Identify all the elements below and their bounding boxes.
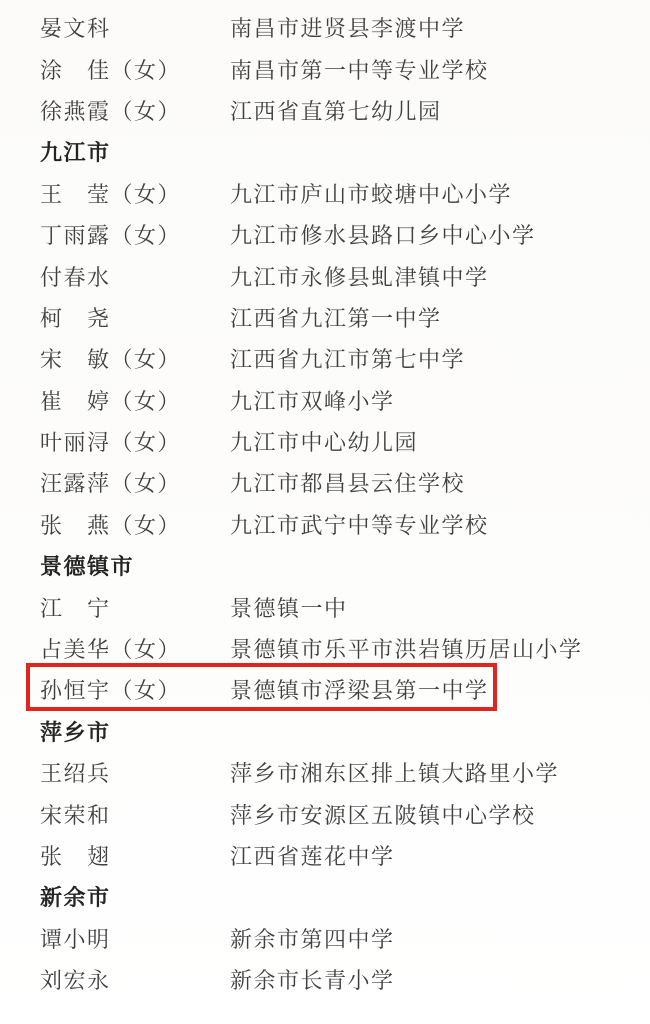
- school-name: 景德镇市浮梁县第一中学: [230, 674, 650, 705]
- school-name: 九江市永修县虬津镇中学: [230, 261, 650, 292]
- city-section-header: 景德镇市: [0, 545, 650, 586]
- table-row: 徐燕霞（女）江西省直第七幼儿园: [0, 90, 650, 131]
- table-row: 谭小明新余市第四中学: [0, 918, 650, 959]
- person-name: 张 燕（女）: [40, 509, 230, 540]
- school-name: 景德镇市乐平市洪岩镇历居山小学: [230, 633, 650, 664]
- school-name: 九江市庐山市蛟塘中心小学: [230, 178, 650, 209]
- school-name: 江西省直第七幼儿园: [230, 95, 650, 126]
- table-row: 汪露萍（女）九江市都昌县云住学校: [0, 462, 650, 503]
- table-row: 宋 敏（女）江西省九江市第七中学: [0, 338, 650, 379]
- person-name: 柯 尧: [40, 302, 230, 333]
- school-name: 江西省莲花中学: [230, 840, 650, 871]
- person-name: 王 莹（女）: [40, 178, 230, 209]
- table-row: 叶丽浔（女）九江市中心幼儿园: [0, 421, 650, 462]
- table-row: 晏文科南昌市进贤县李渡中学: [0, 7, 650, 48]
- school-name: 新余市长青小学: [230, 964, 650, 995]
- table-row: 张 燕（女）九江市武宁中等专业学校: [0, 504, 650, 545]
- person-name: 晏文科: [40, 12, 230, 43]
- school-name: 萍乡市安源区五陂镇中心学校: [230, 799, 650, 830]
- person-name: 宋 敏（女）: [40, 343, 230, 374]
- table-row: 王绍兵萍乡市湘东区排上镇大路里小学: [0, 752, 650, 793]
- person-name: 王绍兵: [40, 757, 230, 788]
- school-name: 南昌市第一中等专业学校: [230, 54, 650, 85]
- person-name: 徐燕霞（女）: [40, 95, 230, 126]
- table-row: 宋荣和萍乡市安源区五陂镇中心学校: [0, 793, 650, 834]
- school-name: 江西省九江市第七中学: [230, 343, 650, 374]
- table-row: 柯 尧江西省九江第一中学: [0, 297, 650, 338]
- person-name: 刘宏永: [40, 964, 230, 995]
- table-row: 丁雨露（女）九江市修水县路口乡中心小学: [0, 214, 650, 255]
- school-name: 萍乡市湘东区排上镇大路里小学: [230, 757, 650, 788]
- person-name: 崔 婷（女）: [40, 385, 230, 416]
- table-row: 张 翅江西省莲花中学: [0, 835, 650, 876]
- school-name: 九江市武宁中等专业学校: [230, 509, 650, 540]
- person-name: 江 宁: [40, 592, 230, 623]
- person-name: 谭小明: [40, 923, 230, 954]
- school-name: 南昌市进贤县李渡中学: [230, 12, 650, 43]
- table-row: 崔 婷（女）九江市双峰小学: [0, 380, 650, 421]
- city-section-header: 新余市: [0, 876, 650, 917]
- table-row: 涂 佳（女）南昌市第一中等专业学校: [0, 48, 650, 89]
- person-name: 丁雨露（女）: [40, 219, 230, 250]
- school-name: 景德镇一中: [230, 592, 650, 623]
- person-name: 占美华（女）: [40, 633, 230, 664]
- table-row: 付春水九江市永修县虬津镇中学: [0, 255, 650, 296]
- table-row: 孙恒宇（女）景德镇市浮梁县第一中学: [0, 669, 650, 710]
- person-name: 张 翅: [40, 840, 230, 871]
- person-name: 宋荣和: [40, 799, 230, 830]
- table-row: 刘宏永新余市长青小学: [0, 959, 650, 1000]
- school-name: 新余市第四中学: [230, 923, 650, 954]
- city-section-header: 九江市: [0, 131, 650, 172]
- city-section-header: 萍乡市: [0, 711, 650, 752]
- person-name: 叶丽浔（女）: [40, 426, 230, 457]
- school-name: 九江市双峰小学: [230, 385, 650, 416]
- person-name: 汪露萍（女）: [40, 467, 230, 498]
- person-name: 涂 佳（女）: [40, 54, 230, 85]
- school-name: 九江市中心幼儿园: [230, 426, 650, 457]
- school-name: 江西省九江第一中学: [230, 302, 650, 333]
- school-name: 九江市修水县路口乡中心小学: [230, 219, 650, 250]
- school-name: 九江市都昌县云住学校: [230, 467, 650, 498]
- table-row: 江 宁景德镇一中: [0, 586, 650, 627]
- table-row: 王 莹（女）九江市庐山市蛟塘中心小学: [0, 173, 650, 214]
- document-page: 晏文科南昌市进贤县李渡中学涂 佳（女）南昌市第一中等专业学校徐燕霞（女）江西省直…: [0, 0, 650, 1024]
- person-name: 孙恒宇（女）: [40, 674, 230, 705]
- table-row: 占美华（女）景德镇市乐平市洪岩镇历居山小学: [0, 628, 650, 669]
- person-name: 付春水: [40, 261, 230, 292]
